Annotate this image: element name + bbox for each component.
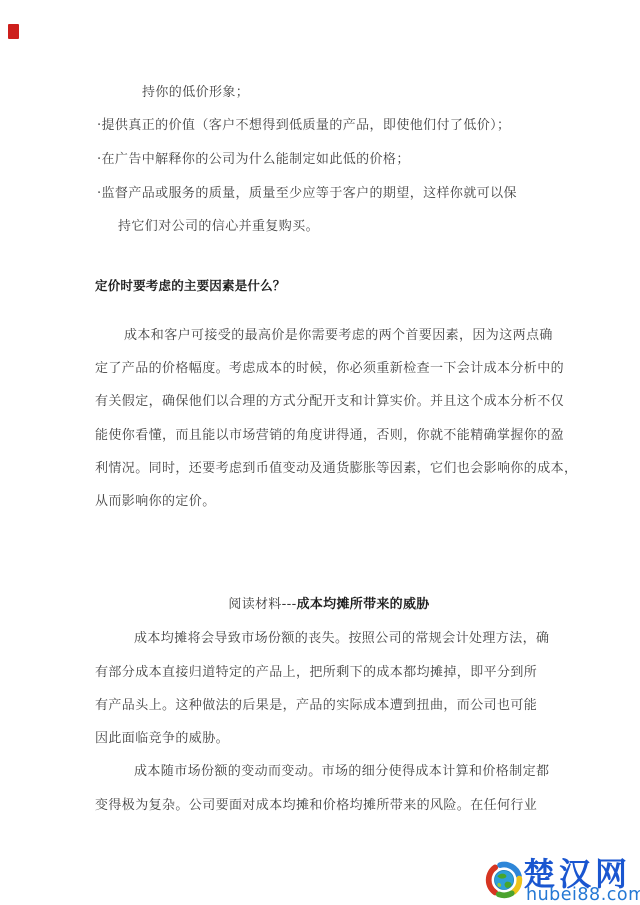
- body-line: 持它们对公司的信心并重复购买。: [118, 219, 319, 234]
- bullet-line: ·在广告中解释你的公司为什么能制定如此低的价格；: [97, 152, 410, 167]
- globe-swirl-icon: [482, 855, 528, 903]
- body-line: 定了产品的价格幅度。考虑成本的时候，你必须重新检查一下会计成本分析中的: [95, 361, 564, 376]
- section-heading: 定价时要考虑的主要因素是什么？: [95, 276, 286, 294]
- site-logo[interactable]: 楚汉网 hubei88.com: [480, 851, 640, 905]
- site-domain[interactable]: hubei88.com: [526, 885, 640, 905]
- body-line: 成本均摊将会导致市场份额的丧失。按照公司的常规会计处理方法，确: [134, 631, 549, 646]
- body-line: 成本随市场份额的变动而变动。市场的细分使得成本计算和价格制定都: [134, 764, 549, 779]
- body-line: 能使你看懂，而且能以市场营销的角度讲得通，否则，你就不能精确掌握你的盈: [95, 428, 564, 443]
- bullet-line: ·监督产品或服务的质量，质量至少应等于客户的期望，这样你就可以保: [97, 186, 517, 201]
- reading-material-heading: 阅读材料---成本均摊所带来的威胁: [0, 593, 640, 612]
- body-line: 因此面临竞争的威胁。: [95, 731, 229, 746]
- red-marker-icon: [8, 24, 19, 39]
- body-line: 从而影响你的定价。: [95, 494, 216, 509]
- body-line: 持你的低价形象；: [142, 85, 249, 100]
- body-line: 有产品头上。这种做法的后果是，产品的实际成本遭到扭曲，而公司也可能: [95, 698, 537, 713]
- reading-heading-title: 成本均摊所带来的威胁: [297, 597, 430, 612]
- body-line: 有部分成本直接归道特定的产品上，把所剩下的成本都均摊掉，即平分到所: [95, 665, 537, 680]
- document-page: 持你的低价形象； ·提供真正的价值（客户不想得到低质量的产品，即使他们付了低价）…: [0, 0, 640, 905]
- body-line: 成本和客户可接受的最高价是你需要考虑的两个首要因素，因为这两点确: [124, 328, 553, 343]
- body-line: 有关假定，确保他们以合理的方式分配开支和计算实价。并且这个成本分析不仅: [95, 394, 564, 409]
- reading-heading-prefix: 阅读材料---: [228, 597, 296, 612]
- body-line: 利情况。同时，还要考虑到币值变动及通货膨胀等因素，它们也会影响你的成本，: [95, 461, 577, 476]
- body-line: 变得极为复杂。公司要面对成本均摊和价格均摊所带来的风险。在任何行业: [95, 798, 537, 813]
- bullet-line: ·提供真正的价值（客户不想得到低质量的产品，即使他们付了低价）；: [97, 118, 510, 133]
